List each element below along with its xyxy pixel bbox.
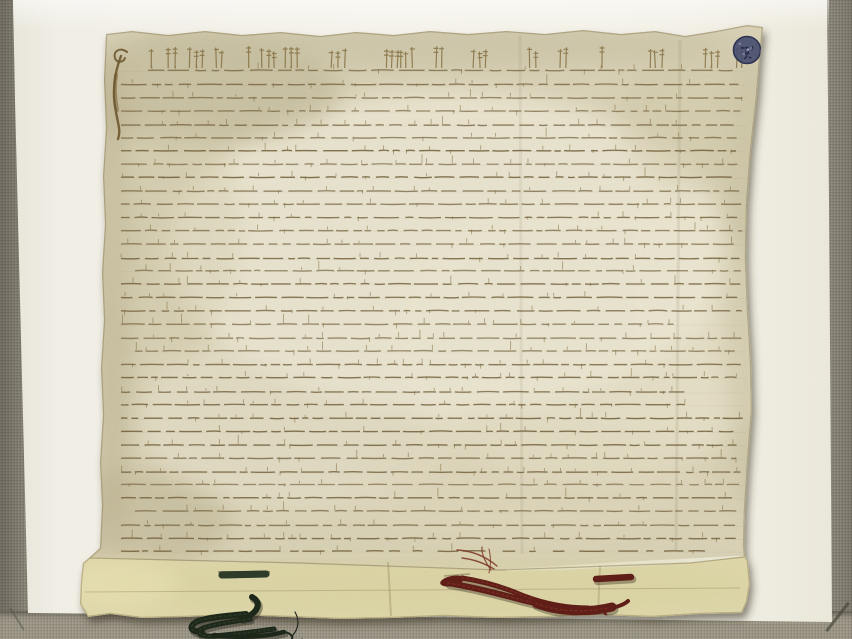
parchment-charter — [0, 0, 852, 639]
green-cord-braid — [222, 574, 266, 575]
round-archive-ink-stamp — [734, 37, 761, 64]
parchment-surface — [50, 23, 790, 619]
exhibit-photo-scene — [0, 0, 852, 639]
